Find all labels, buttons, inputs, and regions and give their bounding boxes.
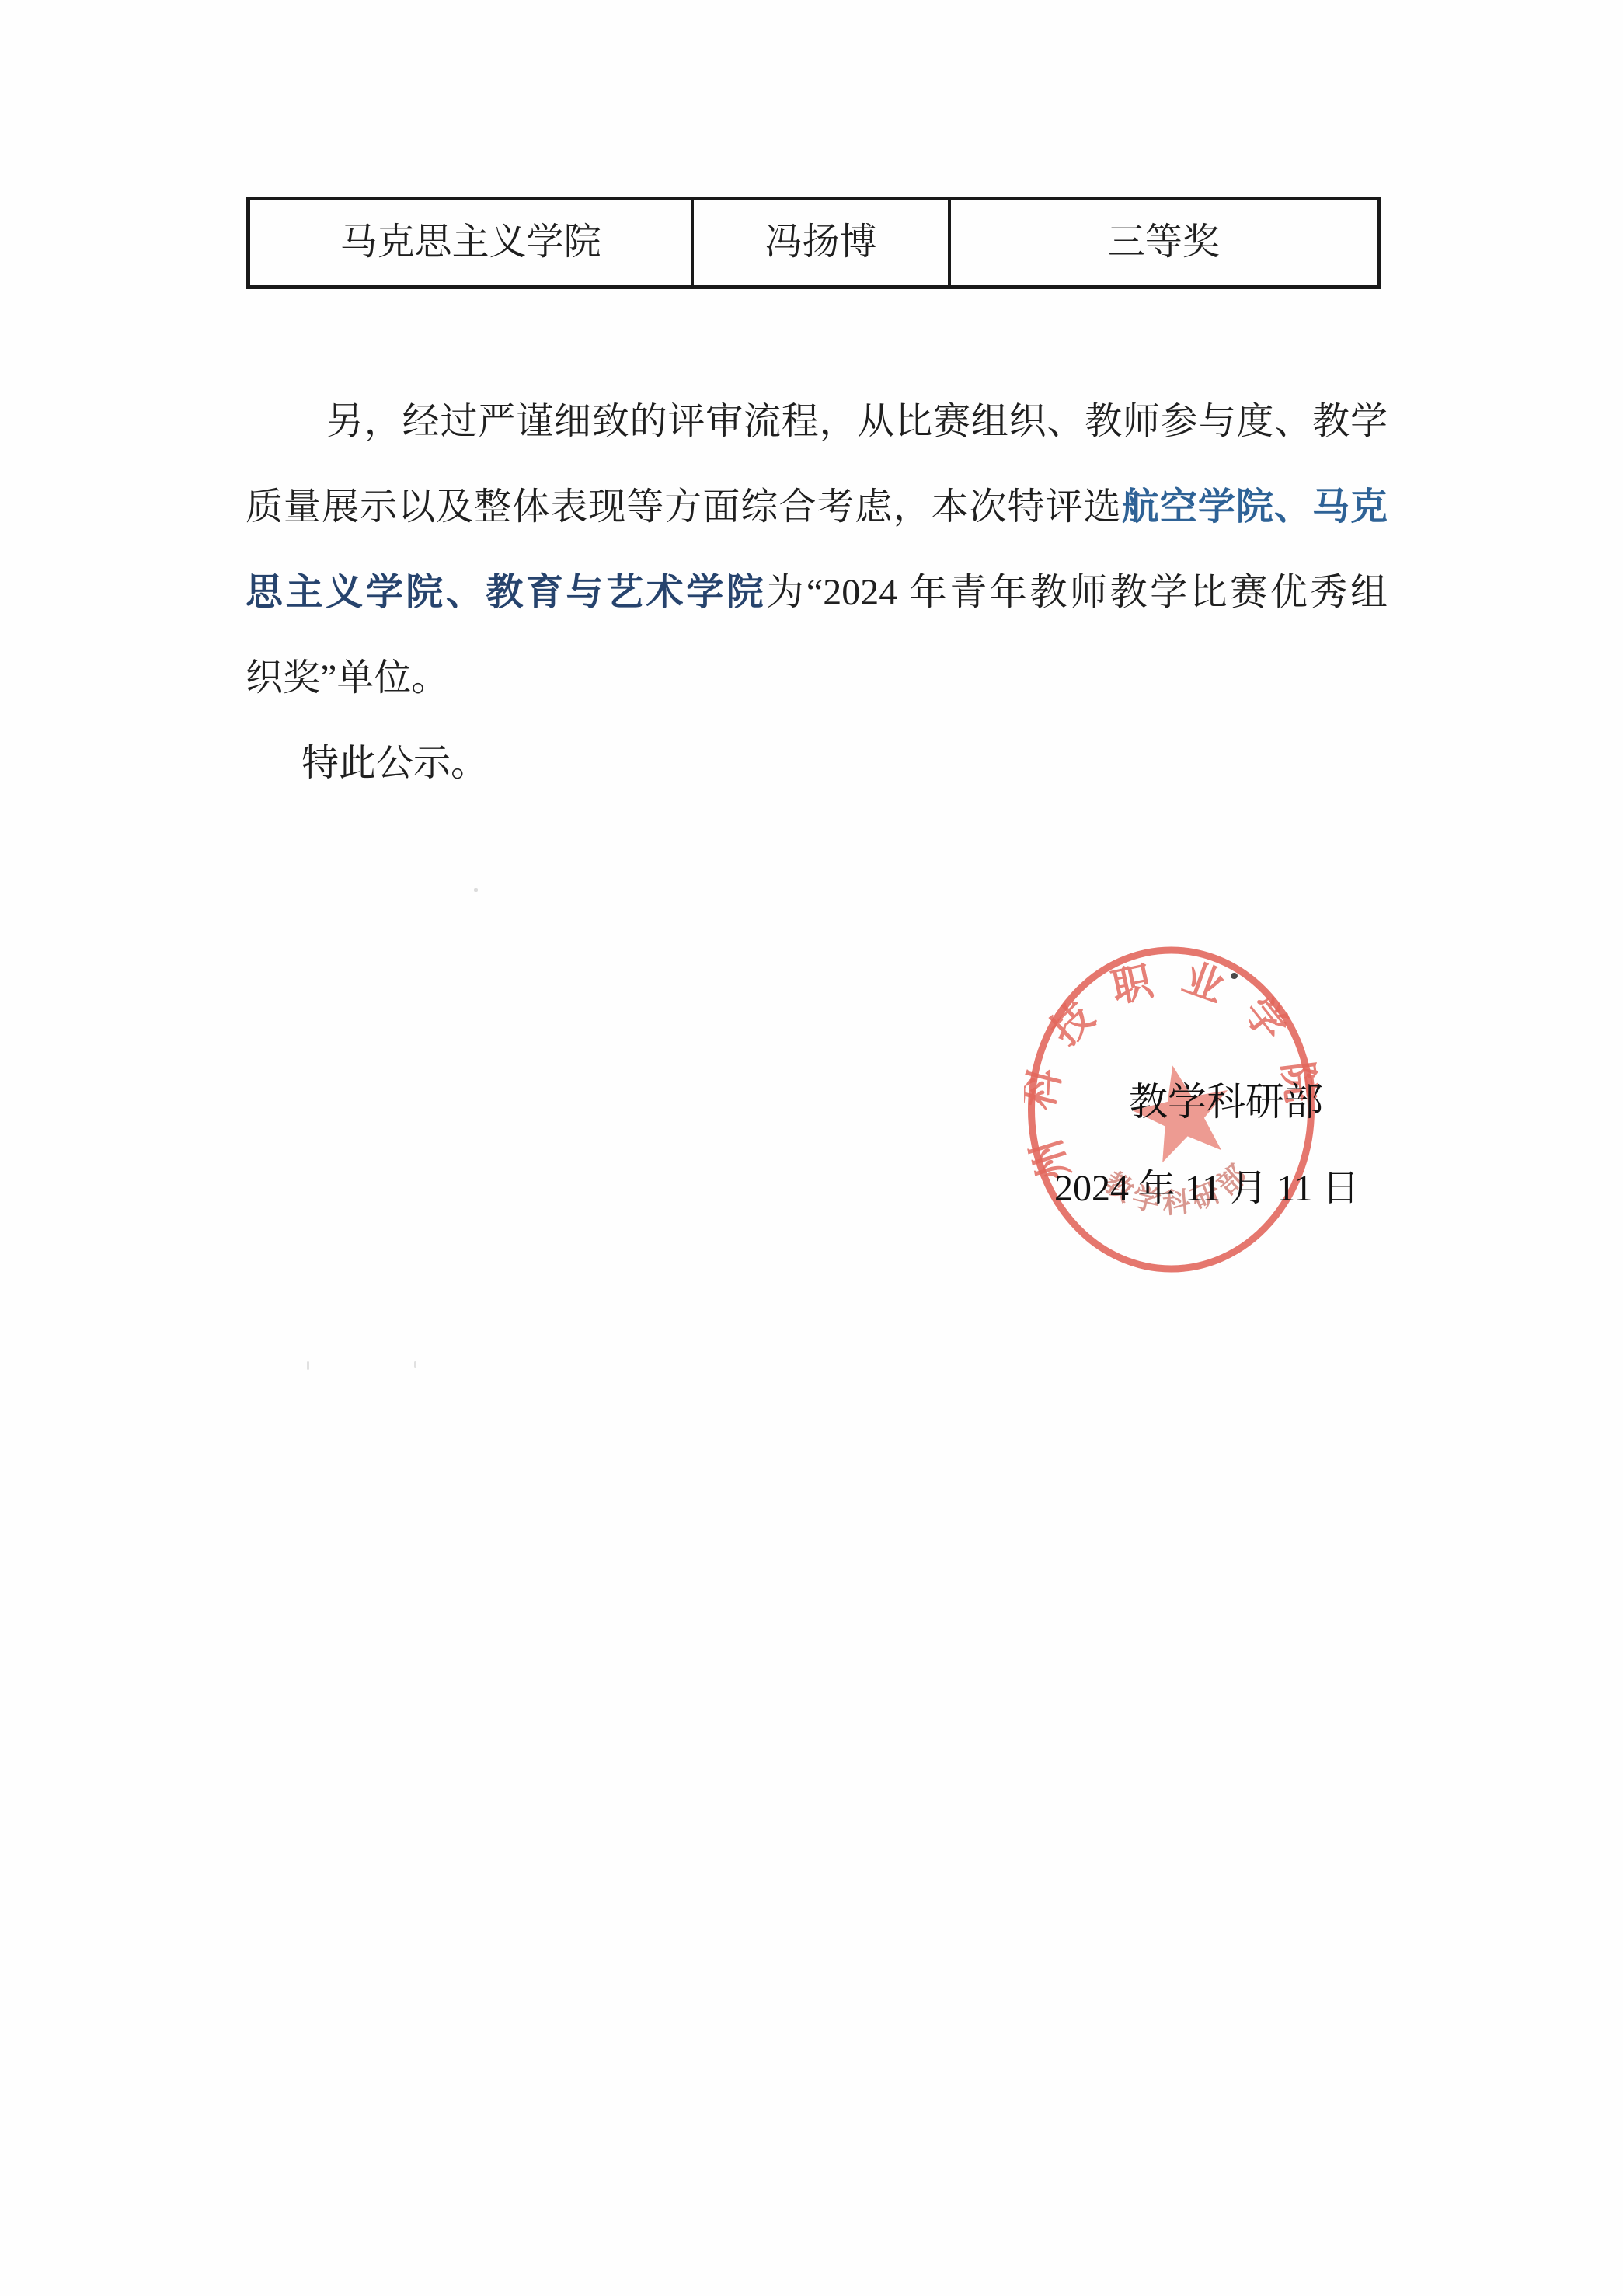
seal-arc-text: 州科技职业学院 xyxy=(1024,943,1318,1200)
closing-statement: 特此公示。 xyxy=(246,721,1388,807)
highlighted-college-names: 航空学院、马克 xyxy=(1122,486,1388,528)
highlighted-college-names: 思主义学院、教育与艺术学院 xyxy=(246,572,766,613)
document-page: 马克思主义学院 冯扬博 三等奖 另，经过严谨细致的评审流程，从比赛组织、教师参与… xyxy=(0,0,1623,2296)
paragraph-line-2: 质量展示以及整体表现等方面综合考虑，本次特评选航空学院、马克 xyxy=(246,465,1388,550)
table-cell-teacher: 冯扬博 xyxy=(694,200,951,285)
text-segment: 另，经过严谨细致的评审流程，从比赛组织、教师参与度、教学 xyxy=(326,401,1388,442)
table-cell-award: 三等奖 xyxy=(951,200,1377,285)
signature-date: 2024 年 11 月 11 日 xyxy=(1054,1167,1359,1211)
paragraph-line-1: 另，经过严谨细致的评审流程，从比赛组织、教师参与度、教学 xyxy=(246,379,1388,465)
award-table: 马克思主义学院 冯扬博 三等奖 xyxy=(246,197,1381,289)
signature-department: 教学科研部 xyxy=(1129,1080,1323,1124)
text-segment: 为“2024 年青年教师教学比赛优秀组 xyxy=(766,572,1388,613)
body-paragraph: 另，经过严谨细致的评审流程，从比赛组织、教师参与度、教学 质量展示以及整体表现等… xyxy=(246,379,1388,807)
paper-speck xyxy=(474,888,478,892)
paragraph-line-4: 织奖”单位。 xyxy=(246,636,1388,721)
ink-dot xyxy=(1231,973,1238,979)
text-segment: 特此公示。 xyxy=(301,743,488,784)
text-segment: 质量展示以及整体表现等方面综合考虑，本次特评选 xyxy=(246,486,1122,528)
paper-speck xyxy=(414,1361,416,1368)
table-cell-college: 马克思主义学院 xyxy=(250,200,694,285)
paper-speck xyxy=(307,1361,309,1370)
text-segment: 织奖”单位。 xyxy=(246,657,448,699)
paragraph-line-3: 思主义学院、教育与艺术学院为“2024 年青年教师教学比赛优秀组 xyxy=(246,550,1388,636)
